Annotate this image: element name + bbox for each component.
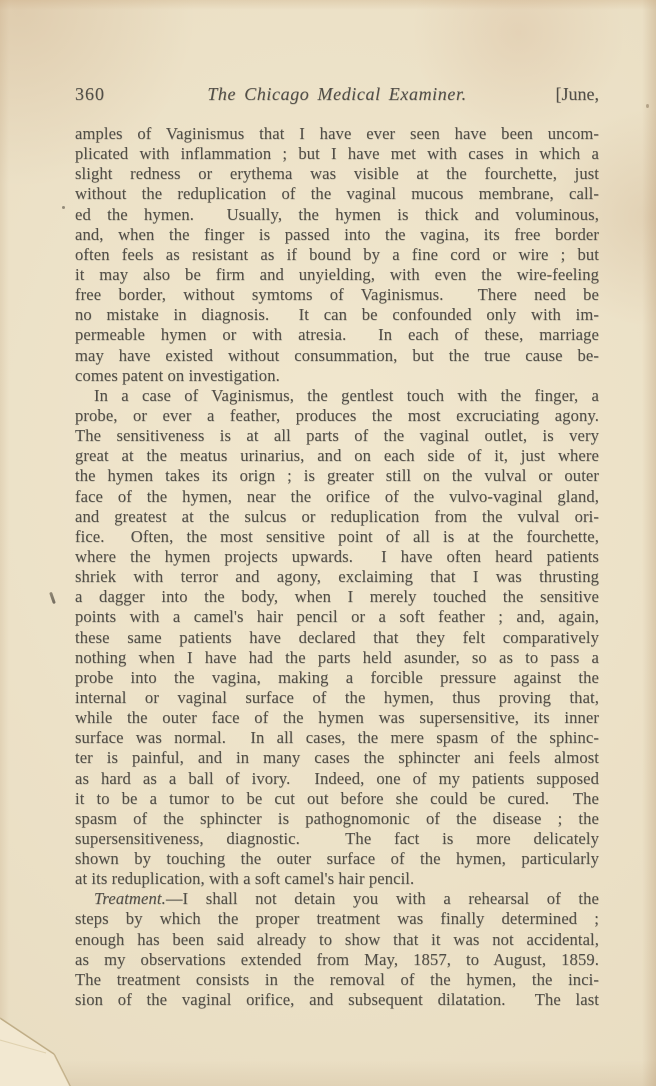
text-line: may have existed without consummation, b… <box>75 346 599 366</box>
text-line: The treatment consists in the removal of… <box>75 970 599 990</box>
text-line: no mistake in diagnosis. It can be confo… <box>75 305 599 325</box>
text-line: while the outer face of the hymen was su… <box>75 708 599 728</box>
text-line: probe, or ever a feather, produces the m… <box>75 406 599 426</box>
text-line: ter is painful, and in many cases the sp… <box>75 748 599 768</box>
paragraph: amples of Vaginismus that I have ever se… <box>75 124 599 386</box>
text-line: fice. Often, the most sensitive point of… <box>75 527 599 547</box>
text-line: great at the meatus urinarius, and on ea… <box>75 446 599 466</box>
text-line: it to be a tumor to be cut out before sh… <box>75 789 599 809</box>
text-line: amples of Vaginismus that I have ever se… <box>75 124 599 144</box>
text-line: surface was normal. In all cases, the me… <box>75 728 599 748</box>
text-line: as hard as a ball of ivory. Indeed, one … <box>75 769 599 789</box>
text-line: points with a camel's hair pencil or a s… <box>75 607 599 627</box>
text-line: as my observations extended from May, 18… <box>75 950 599 970</box>
text-line: The sensitiveness is at all parts of the… <box>75 426 599 446</box>
text-line: shriek with terror and agony, exclaiming… <box>75 567 599 587</box>
text-line: the hymen takes its orign ; is greater s… <box>75 466 599 486</box>
article-body: amples of Vaginismus that I have ever se… <box>75 124 599 1010</box>
text-line: Treatment.—I shall not detain you with a… <box>75 889 599 909</box>
text-line: at its reduplication, with a soft camel'… <box>75 869 599 889</box>
text-line: these same patients have declared that t… <box>75 628 599 648</box>
scanned-page: 360 The Chicago Medical Examiner. [June,… <box>0 0 656 1086</box>
text-line: often feels as resistant as if bound by … <box>75 245 599 265</box>
paper-speck <box>646 104 649 108</box>
ink-mark <box>49 592 55 604</box>
text-line: supersensitiveness, diagnostic. The fact… <box>75 829 599 849</box>
text-line: In a case of Vaginismus, the gentlest to… <box>75 386 599 406</box>
text-line: where the hymen projects upwards. I have… <box>75 547 599 567</box>
text-line: it may also be firm and unyielding, with… <box>75 265 599 285</box>
text-line: face of the hymen, near the orifice of t… <box>75 487 599 507</box>
text-line: and greatest at the sulcus or reduplicat… <box>75 507 599 527</box>
page-header: 360 The Chicago Medical Examiner. [June, <box>75 84 599 105</box>
text-line: plicated with inflammation ; but I have … <box>75 144 599 164</box>
text-line: internal or vaginal surface of the hymen… <box>75 688 599 708</box>
paragraph: Treatment.—I shall not detain you with a… <box>75 889 599 1010</box>
text-line: probe into the vagina, making a forcible… <box>75 668 599 688</box>
text-line: spasm of the sphincter is pathognomonic … <box>75 809 599 829</box>
paper-speck <box>62 206 65 209</box>
text-line: slight redness or erythema was visible a… <box>75 164 599 184</box>
text-line: free border, without symtoms of Vaginism… <box>75 285 599 305</box>
text-line: and, when the finger is passed into the … <box>75 225 599 245</box>
text-line: ed the hymen. Usually, the hymen is thic… <box>75 205 599 225</box>
text-line: sion of the vaginal orifice, and subsequ… <box>75 990 599 1010</box>
text-line: permeable hymen or with atresia. In each… <box>75 325 599 345</box>
text-line: steps by which the proper treatment was … <box>75 909 599 929</box>
text-line: a dagger into the body, when I merely to… <box>75 587 599 607</box>
folded-corner <box>0 1002 92 1086</box>
paragraph: In a case of Vaginismus, the gentlest to… <box>75 386 599 890</box>
text-line: comes patent on investigation. <box>75 366 599 386</box>
text-line: enough has been said already to show tha… <box>75 930 599 950</box>
text-line: shown by touching the outer surface of t… <box>75 849 599 869</box>
text-line: nothing when I have had the parts held a… <box>75 648 599 668</box>
italic-lead: Treatment. <box>94 889 166 908</box>
text-line: without the reduplication of the vaginal… <box>75 184 599 204</box>
journal-title: The Chicago Medical Examiner. <box>75 84 599 105</box>
